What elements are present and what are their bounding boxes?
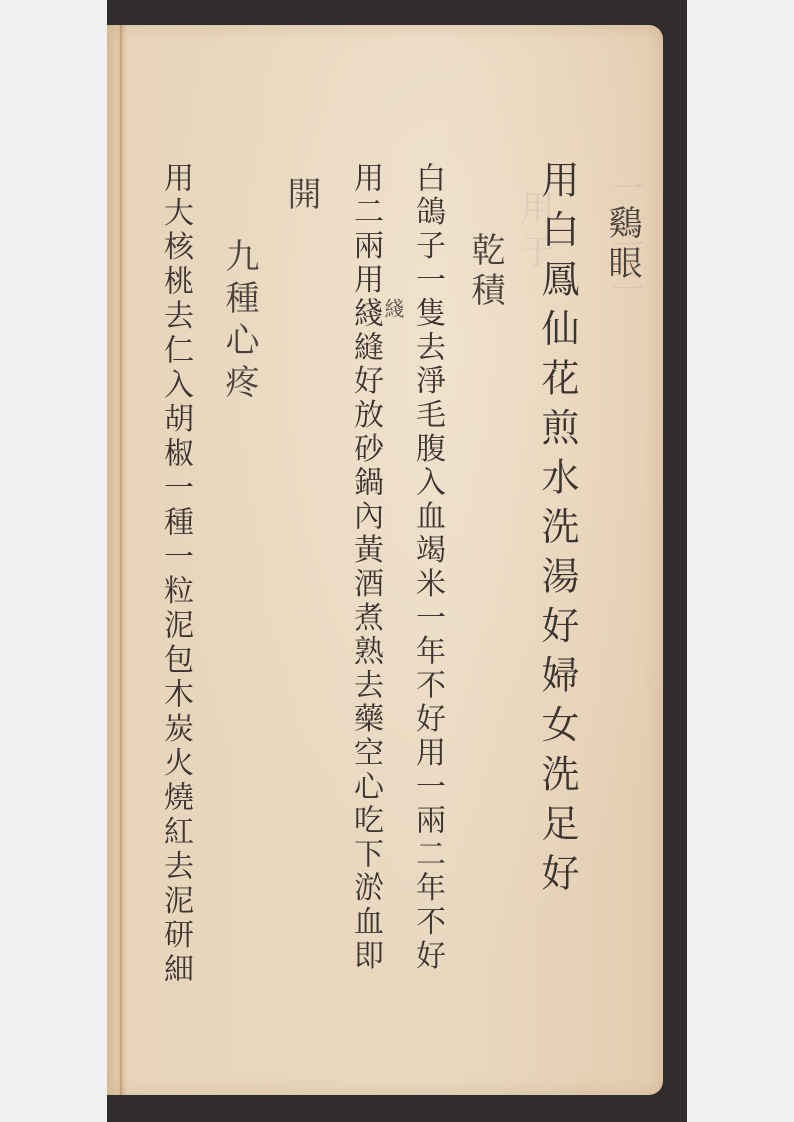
heading-chicken-eye: 鷄眼: [605, 205, 639, 285]
text-column-4: 用大核桃去仁入胡椒一種一粒泥包木炭火燒紅去泥研細: [160, 162, 190, 988]
heading-nine-heart-pains: 九種心疼: [222, 238, 256, 406]
interlinear-note: 綫: [383, 298, 403, 318]
text-column-1: 用白鳳仙花煎水洗湯好婦女洗足好: [538, 160, 576, 903]
text-column-3: 用二兩用綫縫好放砂鍋內黃酒煮熟去藥空心吃下淤血即: [350, 162, 380, 973]
page-fold-line: [120, 25, 122, 1095]
heading-dry-accumulation: 乾積: [468, 232, 502, 312]
text-column-2: 白鴿子一隻去淨毛腹入血竭米一年不好用一兩二年不好: [412, 162, 442, 973]
manuscript-scan: 一三三 用于 鷄眼 用白鳳仙花煎水洗湯好婦女洗足好 乾積 白鴿子一隻去淨毛腹入血…: [0, 0, 794, 1122]
text-column-continuation: 開: [284, 176, 318, 216]
